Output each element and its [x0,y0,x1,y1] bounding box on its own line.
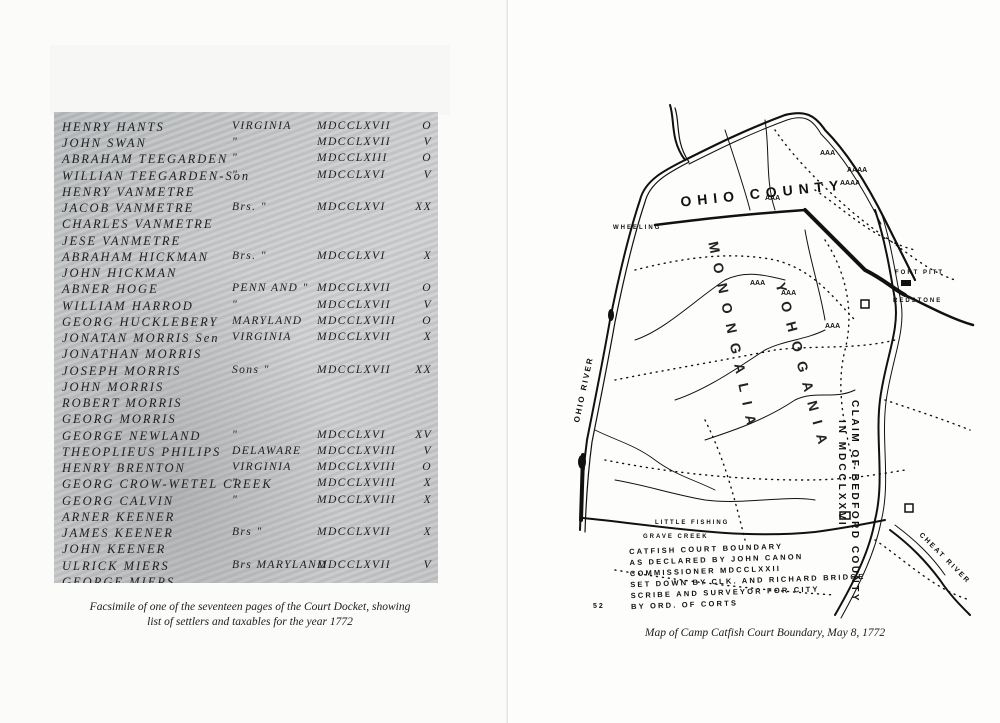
docket-year: MDCCLXVIII [317,445,396,457]
docket-name: JONATHAN MORRIS [62,347,202,362]
docket-mark: XX [415,364,432,376]
docket-row: GEORGE MIERS [62,575,434,583]
docket-mark: V [424,299,432,311]
docket-name: WILLIAM HARROD [62,299,194,314]
docket-mark: O [422,282,432,294]
docket-year: MDCCLXVIII [317,315,396,327]
docket-name: GEORG MORRIS [62,412,177,427]
right-caption: Map of Camp Catfish Court Boundary, May … [600,627,930,639]
docket-mark: V [424,136,432,148]
map-label-grave-creek: GRAVE CREEK [643,534,709,540]
docket-year: MDCCLXVII [317,526,391,538]
docket-place: VIRGINIA [232,461,292,473]
docket-mark: O [422,315,432,327]
docket-name: JOHN KEENER [62,542,166,557]
left-page: HENRY HANTSVIRGINIAMDCCLXVIIOJOHN SWAN"M… [0,0,508,723]
docket-mark: XV [415,429,432,441]
docket-place: Brs " [232,526,263,538]
docket-place: Brs. " [232,201,267,213]
map-label-wheeling: WHEELING [613,225,661,231]
docket-mark: XX [415,201,432,213]
docket-mark: X [424,526,432,538]
court-docket-facsimile: HENRY HANTSVIRGINIAMDCCLXVIIOJOHN SWAN"M… [54,112,438,583]
docket-name: GEORGE NEWLAND [62,429,201,444]
map-label-redstone: REDSTONE [893,298,942,304]
map-label-fort-pitt: FORT PITT [895,270,944,276]
docket-mark: X [424,494,432,506]
docket-name: CHARLES VANMETRE [62,217,214,232]
docket-place: MARYLAND [232,315,302,327]
docket-year: MDCCLXVIII [317,494,396,506]
docket-mark: V [424,445,432,457]
left-caption: Facsimile of one of the seventeen pages … [50,600,450,630]
docket-name: HENRY VANMETRE [62,185,195,200]
docket-mark: V [424,169,432,181]
book-spread: HENRY HANTSVIRGINIAMDCCLXVIIOJOHN SWAN"M… [0,0,1000,723]
map-label-claim-year: IN MDCCLXXVI [836,420,847,528]
svg-text:AAAA: AAAA [847,167,867,174]
docket-mark: X [424,477,432,489]
docket-name: JOHN SWAN [62,136,147,151]
docket-year: MDCCLXVII [317,120,391,132]
docket-place: " [232,494,238,506]
map-label-little-fishing: LITTLE FISHING [655,520,729,526]
docket-place: " [232,299,238,311]
docket-mark: O [422,461,432,473]
docket-place: Sons " [232,364,270,376]
docket-name: ABNER HOGE [62,282,159,297]
docket-year: MDCCLXVII [317,136,391,148]
catfish-boundary-map: AAA AAAA AAAA AAA AAA AAA AAA OHIO COUNT… [575,100,975,620]
docket-place: " [232,477,238,489]
docket-place: " [232,429,238,441]
docket-name: GEORG CALVIN [62,494,174,509]
docket-year: MDCCLXIII [317,152,388,164]
docket-place: VIRGINIA [232,120,292,132]
docket-name: HENRY BRENTON [62,461,186,476]
docket-name: JAMES KEENER [62,526,174,541]
docket-place: Brs MARYLAND [232,559,327,571]
docket-place: " [232,136,238,148]
map-scale-mark: 52 [593,603,605,610]
docket-name: JOSEPH MORRIS [62,364,181,379]
docket-year: MDCCLXVI [317,169,386,181]
docket-year: MDCCLXVII [317,282,391,294]
docket-name: WILLIAN TEEGARDEN-Son [62,169,250,184]
docket-mark: O [422,120,432,132]
docket-name: HENRY HANTS [62,120,165,135]
docket-year: MDCCLXVII [317,331,391,343]
docket-name: GEORG HUCKLEBERY [62,315,218,330]
docket-year: MDCCLXVI [317,201,386,213]
docket-name: GEORG CROW-WETEL CREEK [62,477,273,492]
svg-text:AAA: AAA [750,280,765,287]
docket-name: ABRAHAM HICKMAN [62,250,209,265]
docket-mark: X [424,331,432,343]
left-caption-line2: list of settlers and taxables for the ye… [50,615,450,630]
docket-name: THEOPLIEUS PHILIPS [62,445,221,460]
left-caption-line1: Facsimile of one of the seventeen pages … [50,600,450,615]
svg-text:AAA: AAA [825,323,840,330]
docket-mark: O [422,152,432,164]
svg-text:AAA: AAA [820,150,835,157]
docket-year: MDCCLXVI [317,250,386,262]
docket-name: ROBERT MORRIS [62,396,183,411]
docket-year: MDCCLXVIII [317,461,396,473]
docket-place: " [232,169,238,181]
docket-year: MDCCLXVII [317,299,391,311]
docket-place: Brs. " [232,250,267,262]
docket-name: JESE VANMETRE [62,234,181,249]
docket-name: JONATAN MORRIS Sen [62,331,220,346]
docket-place: " [232,152,238,164]
docket-mark: V [424,559,432,571]
docket-place: VIRGINIA [232,331,292,343]
docket-name: JOHN MORRIS [62,380,164,395]
docket-year: MDCCLXVIII [317,477,396,489]
docket-name: JACOB VANMETRE [62,201,194,216]
docket-place: DELAWARE [232,445,301,457]
docket-year: MDCCLXVI [317,429,386,441]
docket-name: JOHN HICKMAN [62,266,177,281]
map-boundary-inscription: CATFISH COURT BOUNDARY AS DECLARED BY JO… [629,538,867,612]
docket-year: MDCCLXVII [317,559,391,571]
docket-name: ULRICK MIERS [62,559,170,574]
docket-place: PENN AND " [232,282,309,294]
docket-name: GEORGE MIERS [62,575,175,583]
docket-year: MDCCLXVII [317,364,391,376]
bleed-through-shadow [50,45,450,115]
docket-name: ABRAHAM TEEGARDEN [62,152,228,167]
docket-mark: X [424,250,432,262]
docket-name: ARNER KEENER [62,510,175,525]
